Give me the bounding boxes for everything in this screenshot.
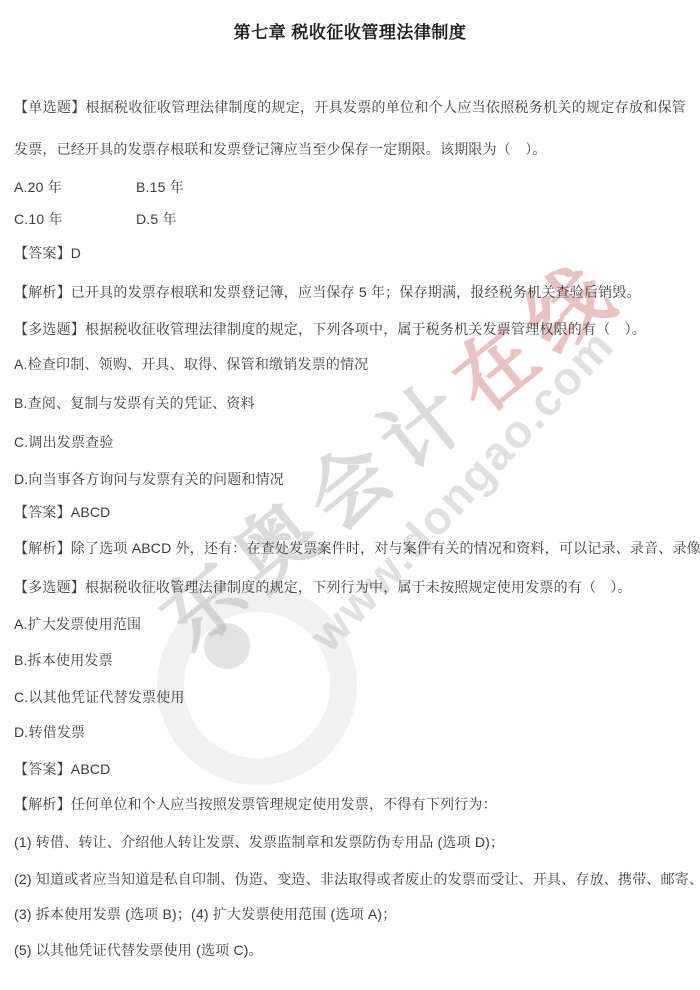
q3-option-b: B.拆本使用发票 (14, 650, 686, 670)
q2-analysis: 【解析】除了选项 ABCD 外，还有：在查处发票案件时，对与案件有关的情况和资料… (14, 538, 686, 558)
q1-stem: 【单选题】根据税收征收管理法律制度的规定，开具发票的单位和个人应当依照税务机关的… (14, 86, 686, 170)
q1-answer: 【答案】D (14, 243, 686, 263)
q2-option-d: D.向当事各方询问与发票有关的问题和情况 (14, 469, 686, 489)
q1-option-d: D.5 年 (136, 211, 177, 227)
q3-option-a: A.扩大发票使用范围 (14, 614, 686, 634)
q1-options-row-1: A.20 年B.15 年 (14, 177, 686, 197)
q3-answer: 【答案】ABCD (14, 759, 686, 779)
q3-analysis-item-3: (3) 拆本使用发票 (选项 B)；(4) 扩大发票使用范围 (选项 A)； (14, 904, 686, 924)
document-page: 东奥会计在线 www.dongao.com 第七章 税收征收管理法律制度 【单选… (0, 0, 700, 990)
q1-option-c: C.10 年 (14, 209, 136, 229)
q3-analysis: 【解析】任何单位和个人应当按照发票管理规定使用发票，不得有下列行为： (14, 794, 686, 814)
q1-analysis: 【解析】已开具的发票存根联和发票登记簿，应当保存 5 年；保存期满，报经税务机关… (14, 282, 686, 302)
q2-option-b: B.查阅、复制与发票有关的凭证、资料 (14, 393, 686, 413)
page-title: 第七章 税收征收管理法律制度 (0, 18, 700, 43)
q2-stem: 【多选题】根据税收征收管理法律制度的规定，下列各项中，属于税务机关发票管理权限的… (14, 319, 686, 339)
q3-analysis-item-1: (1) 转借、转让、介绍他人转让发票、发票监制章和发票防伪专用品 (选项 D)； (14, 832, 686, 852)
q1-option-a: A.20 年 (14, 177, 136, 197)
q2-answer: 【答案】ABCD (14, 502, 686, 522)
q3-stem: 【多选题】根据税收征收管理法律制度的规定，下列行为中，属于未按照规定使用发票的有… (14, 577, 686, 597)
q2-option-a: A.检查印制、领购、开具、取得、保管和缴销发票的情况 (14, 354, 686, 374)
q1-option-b: B.15 年 (136, 179, 184, 195)
q3-analysis-item-4: (5) 以其他凭证代替发票使用 (选项 C)。 (14, 940, 686, 960)
q1-options-row-2: C.10 年D.5 年 (14, 209, 686, 229)
q2-option-c: C.调出发票查验 (14, 432, 686, 452)
q3-analysis-item-2: (2) 知道或者应当知道是私自印制、伪造、变造、非法取得或者废止的发票而受让、开… (14, 869, 686, 889)
q3-option-d: D.转借发票 (14, 722, 686, 742)
q3-option-c: C.以其他凭证代替发票使用 (14, 687, 686, 707)
